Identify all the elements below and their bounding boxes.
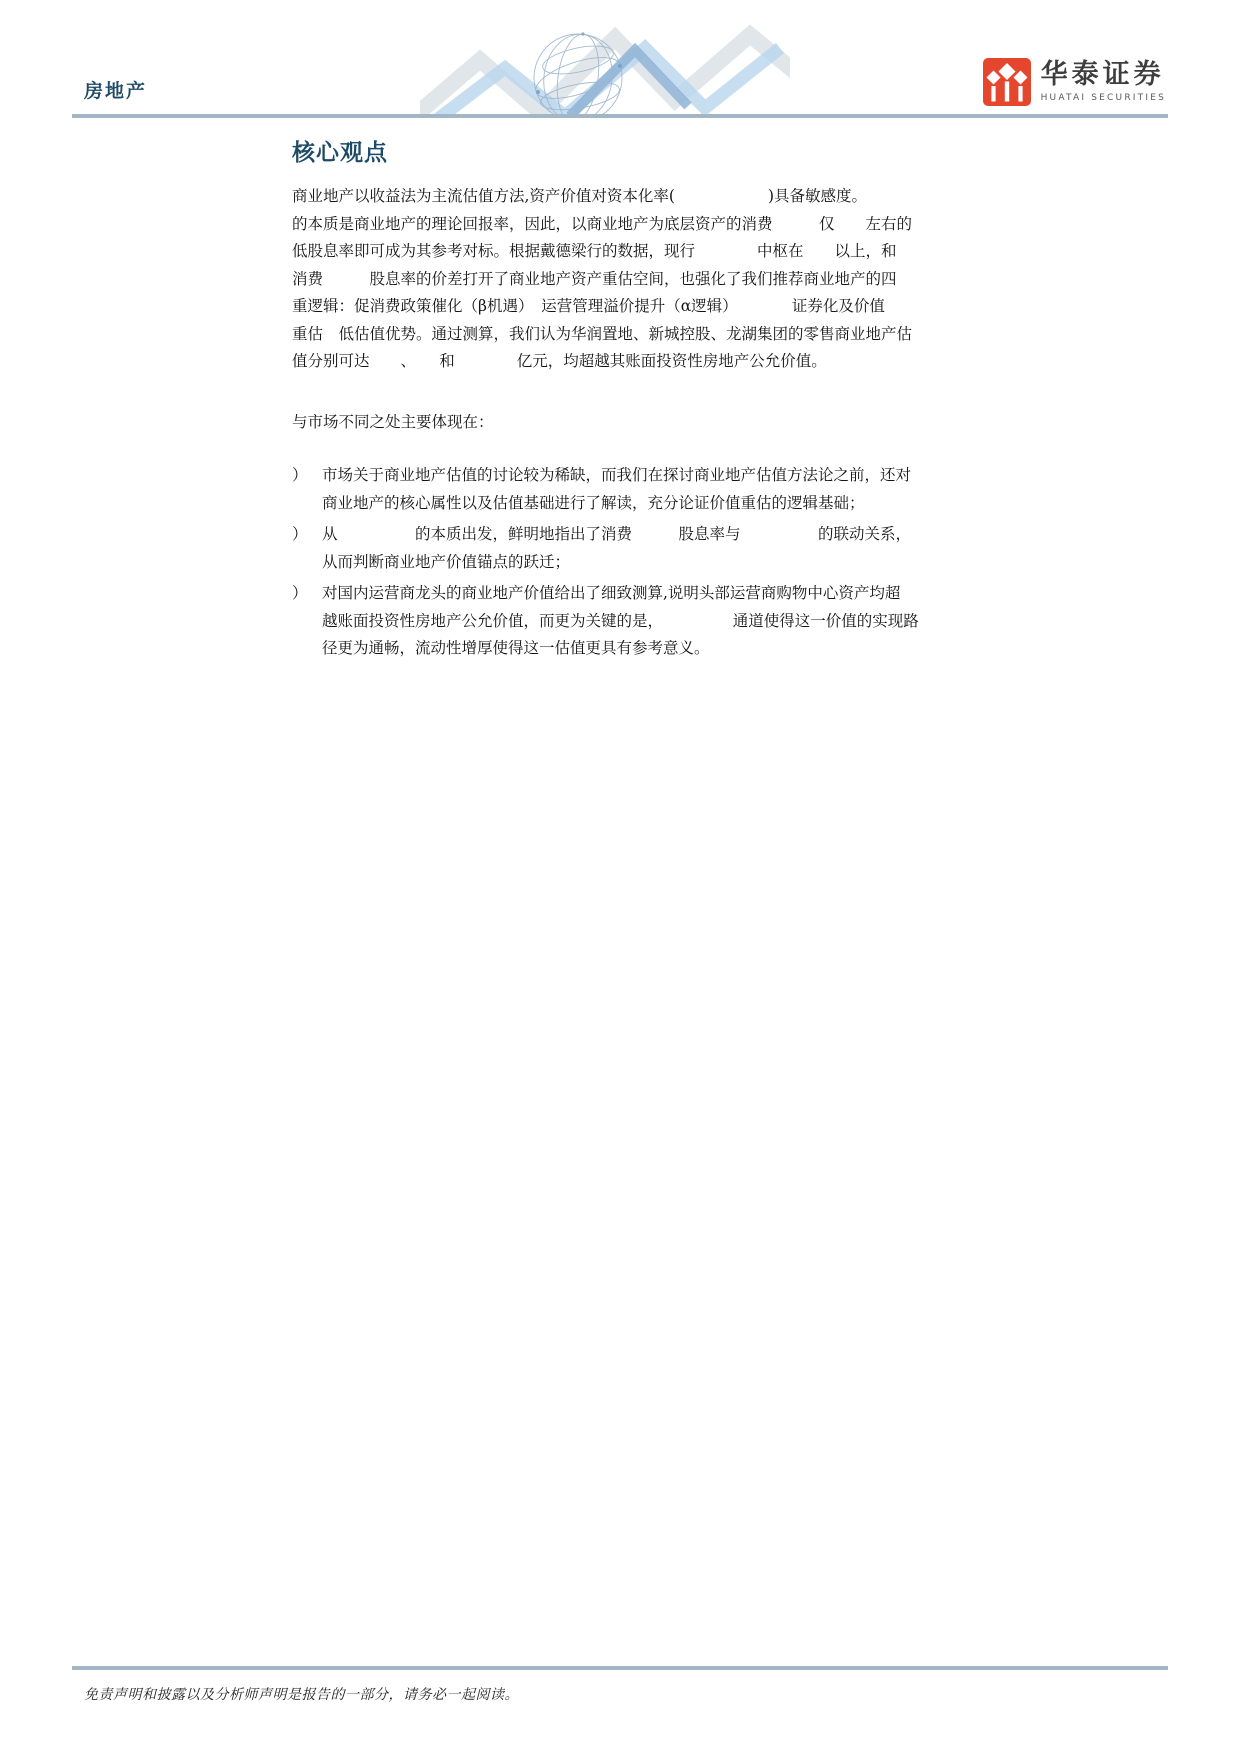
header-divider — [72, 114, 1168, 118]
list-item: ） 市场关于商业地产估值的讨论较为稀缺，而我们在探讨商业地产估值方法论之前，还对… — [292, 462, 1044, 517]
bullet-marker: ） — [292, 580, 322, 663]
report-page: 房地产 华泰证券 HUATAI — [0, 0, 1240, 1754]
huatai-logo: 华泰证券 HUATAI SECURITIES — [983, 58, 1166, 106]
bullet-text: 对国内运营商龙头的商业地产价值给出了细致测算,说明头部运营商购物中心资产均超 越… — [322, 580, 1044, 663]
logo-name-en: HUATAI SECURITIES — [1041, 93, 1166, 103]
logo-text: 华泰证券 HUATAI SECURITIES — [1041, 58, 1166, 103]
bullet-marker: ） — [292, 462, 322, 517]
bullet-marker: ） — [292, 521, 322, 576]
list-item: ） 从 的本质出发，鲜明地指出了消费 股息率与 的联动关系， 从而判断商业地产价… — [292, 521, 1044, 576]
bullet-text: 市场关于商业地产估值的讨论较为稀缺，而我们在探讨商业地产估值方法论之前，还对 商… — [322, 462, 1044, 517]
globe-decoration-graphic — [420, 20, 790, 116]
bullet-list: ） 市场关于商业地产估值的讨论较为稀缺，而我们在探讨商业地产估值方法论之前，还对… — [292, 462, 1044, 663]
footer-divider — [72, 1666, 1168, 1670]
footer-disclaimer: 免责声明和披露以及分析师声明是报告的一部分，请务必一起阅读。 — [84, 1684, 519, 1704]
sector-label: 房地产 — [84, 76, 147, 103]
bullet-text: 从 的本质出发，鲜明地指出了消费 股息率与 的联动关系， 从而判断商业地产价值锚… — [322, 521, 1044, 576]
market-difference-lead: 与市场不同之处主要体现在： — [292, 409, 1044, 437]
huatai-logo-icon — [983, 58, 1031, 106]
list-item: ） 对国内运营商龙头的商业地产价值给出了细致测算,说明头部运营商购物中心资产均超… — [292, 580, 1044, 663]
section-title: 核心观点 — [292, 134, 1044, 167]
main-content: 核心观点 商业地产以收益法为主流估值方法,资产价值对资本化率( )具备敏感度。 … — [292, 134, 1044, 667]
core-view-paragraph: 商业地产以收益法为主流估值方法,资产价值对资本化率( )具备敏感度。 的本质是商… — [292, 183, 1044, 376]
logo-name-cn: 华泰证券 — [1041, 60, 1166, 90]
